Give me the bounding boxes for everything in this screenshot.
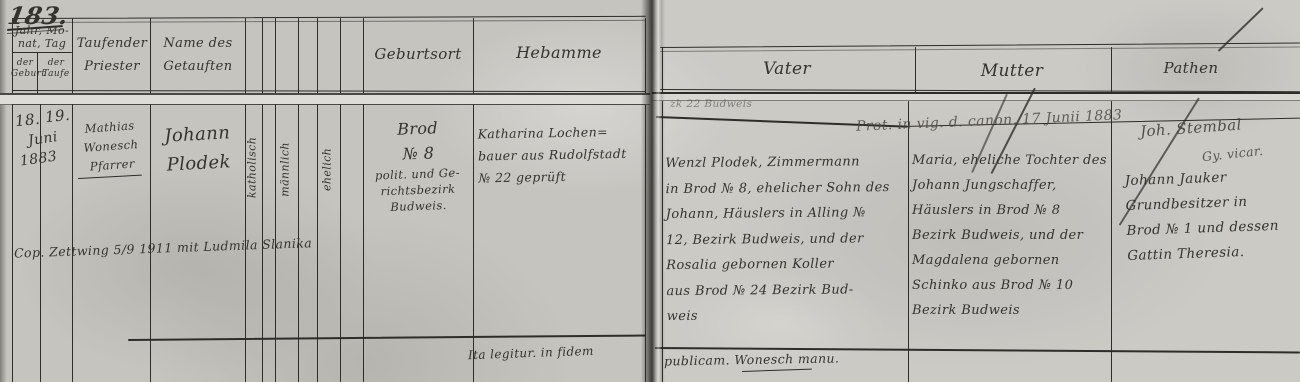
table-rule-h	[12, 19, 646, 23]
table-rule-v	[262, 18, 263, 94]
entry-marriage-note: Cop. Zettwing 5/9 1911 mit Ludmila Slani…	[14, 234, 334, 262]
col-header-date-of-birth: der Geburt	[11, 58, 39, 80]
left-paper-edge	[0, 0, 7, 382]
table-rule-h	[12, 104, 646, 105]
table-rule-h	[128, 334, 646, 340]
entry-baptism-day: 19.	[44, 105, 71, 128]
table-rule-v	[275, 18, 276, 94]
entry-birthplace-district: polit. und Ge- richtsbezirk Budweis.	[364, 164, 472, 216]
entry-father: Wenzl Plodek, Zimmermann in Brod № 8, eh…	[665, 149, 911, 330]
entry-sex: männlich	[279, 114, 294, 224]
table-rule-v	[473, 104, 474, 382]
entry-birthplace-name: Brod № 8	[364, 114, 472, 168]
table-rule-v	[12, 104, 13, 382]
entry-birth-day: 18.	[14, 109, 41, 132]
table-rule-v	[245, 18, 246, 94]
table-rule-h	[12, 16, 646, 20]
table-rule-h	[12, 52, 72, 53]
entry-godparents: Johann Jauker Grundbesitzer in Brod № 1 …	[1124, 163, 1300, 269]
entry-attestation-left: Ita legitur. in fidem	[468, 343, 594, 364]
previous-row-fragment: zk 22 Budweis	[670, 97, 752, 111]
entry-mother: Maria, eheliche Tochter des Johann Jungs…	[912, 148, 1112, 323]
col-header-child-name: Name des Getauften	[152, 32, 244, 78]
col-header-father: Vater	[662, 58, 912, 81]
table-rule-v	[340, 18, 341, 94]
entry-legitimacy: ehelich	[321, 114, 336, 224]
col-header-priest: Taufender Priester	[74, 32, 150, 78]
table-rule-v	[340, 104, 341, 382]
col-header-mother: Mutter	[912, 60, 1112, 83]
col-header-date-of-baptism: der Taufe	[40, 58, 72, 80]
col-header-midwife: Hebamme	[473, 42, 645, 64]
col-header-birthplace: Geburtsort	[363, 44, 473, 64]
table-rule-v	[298, 18, 299, 94]
entry-child-name: Johann Plodek	[151, 118, 246, 181]
book-fold-shadow	[641, 0, 665, 382]
entry-priest: Mathias Wonesch Pfarrer	[72, 115, 150, 177]
col-header-date: Jahr, Mo- nat, Tag	[12, 24, 72, 50]
entry-year: 1883	[19, 148, 59, 172]
church-register-scan: 183. Jahr, Mo- nat, Tag der Geburt der T…	[0, 0, 1300, 382]
col-header-godparents: Pathen	[1111, 58, 1271, 78]
table-rule-v	[317, 18, 318, 94]
entry-attestation-right: publicam. Wonesch manu.	[664, 350, 840, 370]
entry-religion: katholisch	[246, 112, 261, 222]
entry-midwife: Katharina Lochen= bauer aus Rudolfstadt …	[477, 121, 646, 190]
